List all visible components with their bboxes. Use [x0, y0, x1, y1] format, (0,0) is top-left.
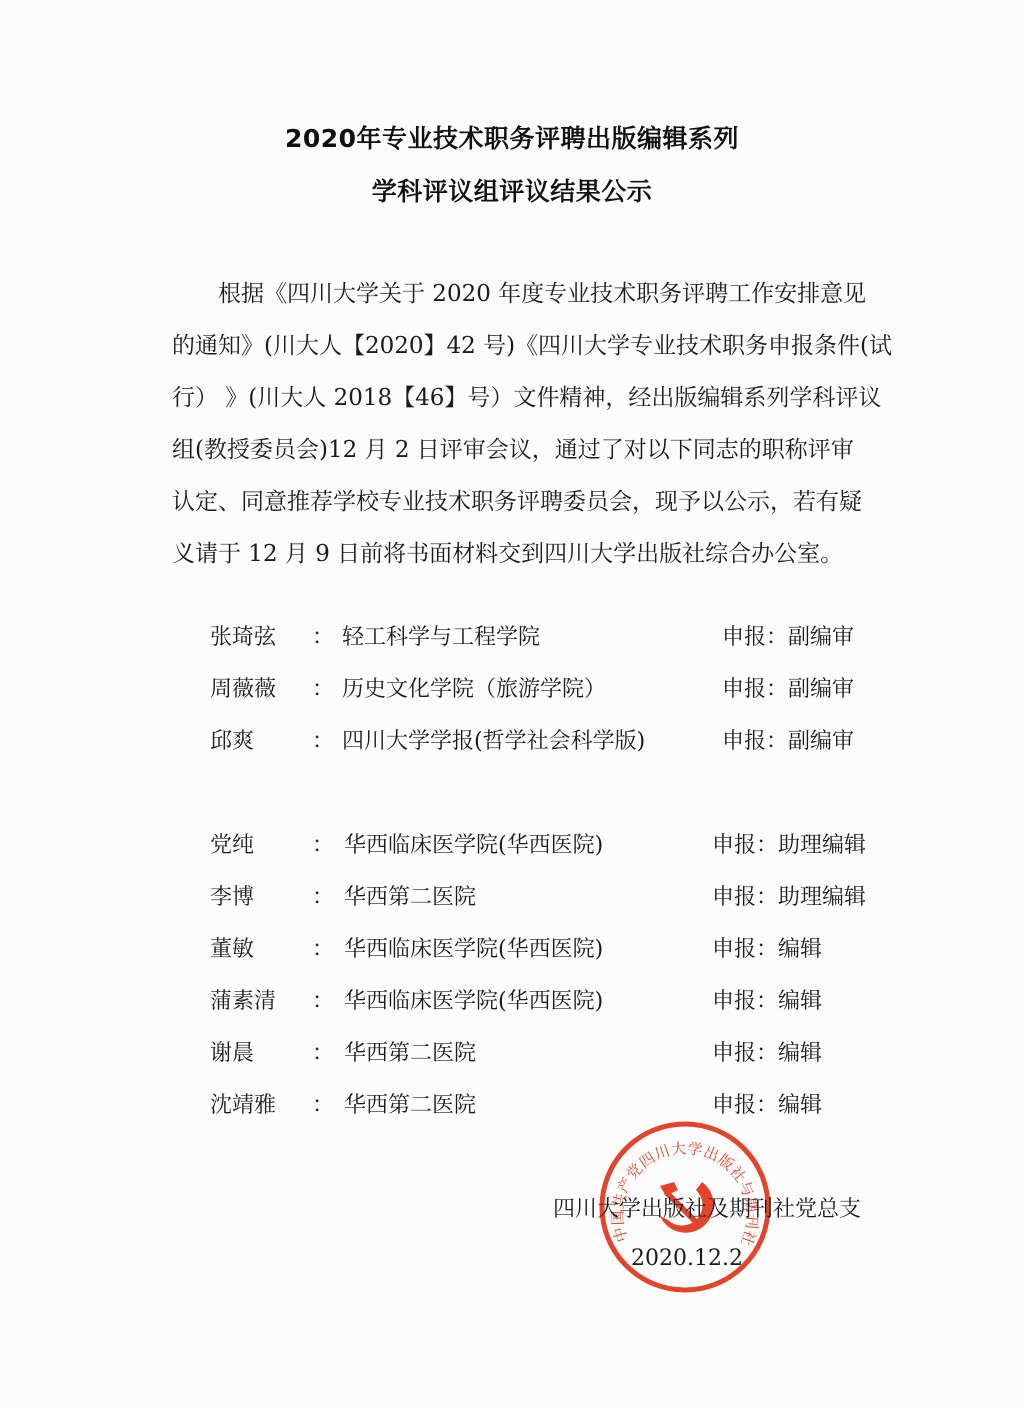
body-line: 的通知》(川大人【2020】42 号)《四川大学专业技术职务申报条件(试: [172, 320, 884, 372]
colon: ：: [312, 828, 334, 859]
person-org: 轻工科学与工程学院: [342, 620, 540, 651]
colon: ：: [312, 932, 334, 963]
body-line: 组(教授委员会)12 月 2 日评审会议，通过了对以下同志的职称评审: [172, 424, 884, 476]
colon: ：: [312, 620, 334, 651]
person-org: 华西第二医院: [344, 1036, 476, 1067]
body-line: 行） 》(川大人 2018【46】号）文件精神，经出版编辑系列学科评议: [172, 372, 884, 424]
document-title-line1: 2020年专业技术职务评聘出版编辑系列: [0, 119, 1024, 155]
person-name: 沈靖雅: [210, 1088, 276, 1119]
person-org: 历史文化学院（旅游学院）: [342, 672, 606, 703]
person-org: 华西第二医院: [344, 880, 476, 911]
person-name: 董敏: [210, 932, 254, 963]
person-name: 张琦弦: [210, 620, 276, 651]
person-name: 党纯: [210, 828, 254, 859]
colon: ：: [312, 1036, 334, 1067]
person-apply: 申报：编辑: [712, 984, 822, 1015]
person-apply: 申报：助理编辑: [712, 880, 866, 911]
person-apply: 申报：副编审: [722, 620, 854, 651]
person-org: 华西临床医学院(华西医院): [344, 932, 603, 963]
colon: ：: [312, 724, 334, 755]
colon: ：: [312, 672, 334, 703]
person-org: 华西临床医学院(华西医院): [344, 828, 603, 859]
person-apply: 申报：助理编辑: [712, 828, 866, 859]
colon: ：: [312, 984, 334, 1015]
person-apply: 申报：副编审: [722, 672, 854, 703]
colon: ：: [312, 880, 334, 911]
body-line: 义请于 12 月 9 日前将书面材料交到四川大学出版社综合办公室。: [172, 528, 884, 580]
body-line: 根据《四川大学关于 2020 年度专业技术职务评聘工作安排意见: [172, 268, 884, 320]
document-title-line2: 学科评议组评议结果公示: [0, 172, 1024, 208]
body-line: 认定、同意推荐学校专业技术职务评聘委员会，现予以公示，若有疑: [172, 476, 884, 528]
document-page: 2020年专业技术职务评聘出版编辑系列 学科评议组评议结果公示 根据《四川大学关…: [0, 0, 1024, 1408]
colon: ：: [312, 1088, 334, 1119]
person-org: 四川大学学报(哲学社会科学版): [342, 724, 645, 755]
person-org: 华西临床医学院(华西医院): [344, 984, 603, 1015]
body-paragraph: 根据《四川大学关于 2020 年度专业技术职务评聘工作安排意见 的通知》(川大人…: [172, 268, 884, 580]
person-name: 邱爽: [210, 724, 254, 755]
person-name: 蒲素清: [210, 984, 276, 1015]
person-name: 谢晨: [210, 1036, 254, 1067]
signature: 四川大学出版社及期刊社党总支: [553, 1192, 861, 1223]
date: 2020.12.2: [631, 1246, 743, 1271]
person-apply: 申报：编辑: [712, 1036, 822, 1067]
person-apply: 申报：副编审: [722, 724, 854, 755]
person-apply: 申报：编辑: [712, 1088, 822, 1119]
person-org: 华西第二医院: [344, 1088, 476, 1119]
person-name: 周薇薇: [210, 672, 276, 703]
person-name: 李博: [210, 880, 254, 911]
person-apply: 申报：编辑: [712, 932, 822, 963]
